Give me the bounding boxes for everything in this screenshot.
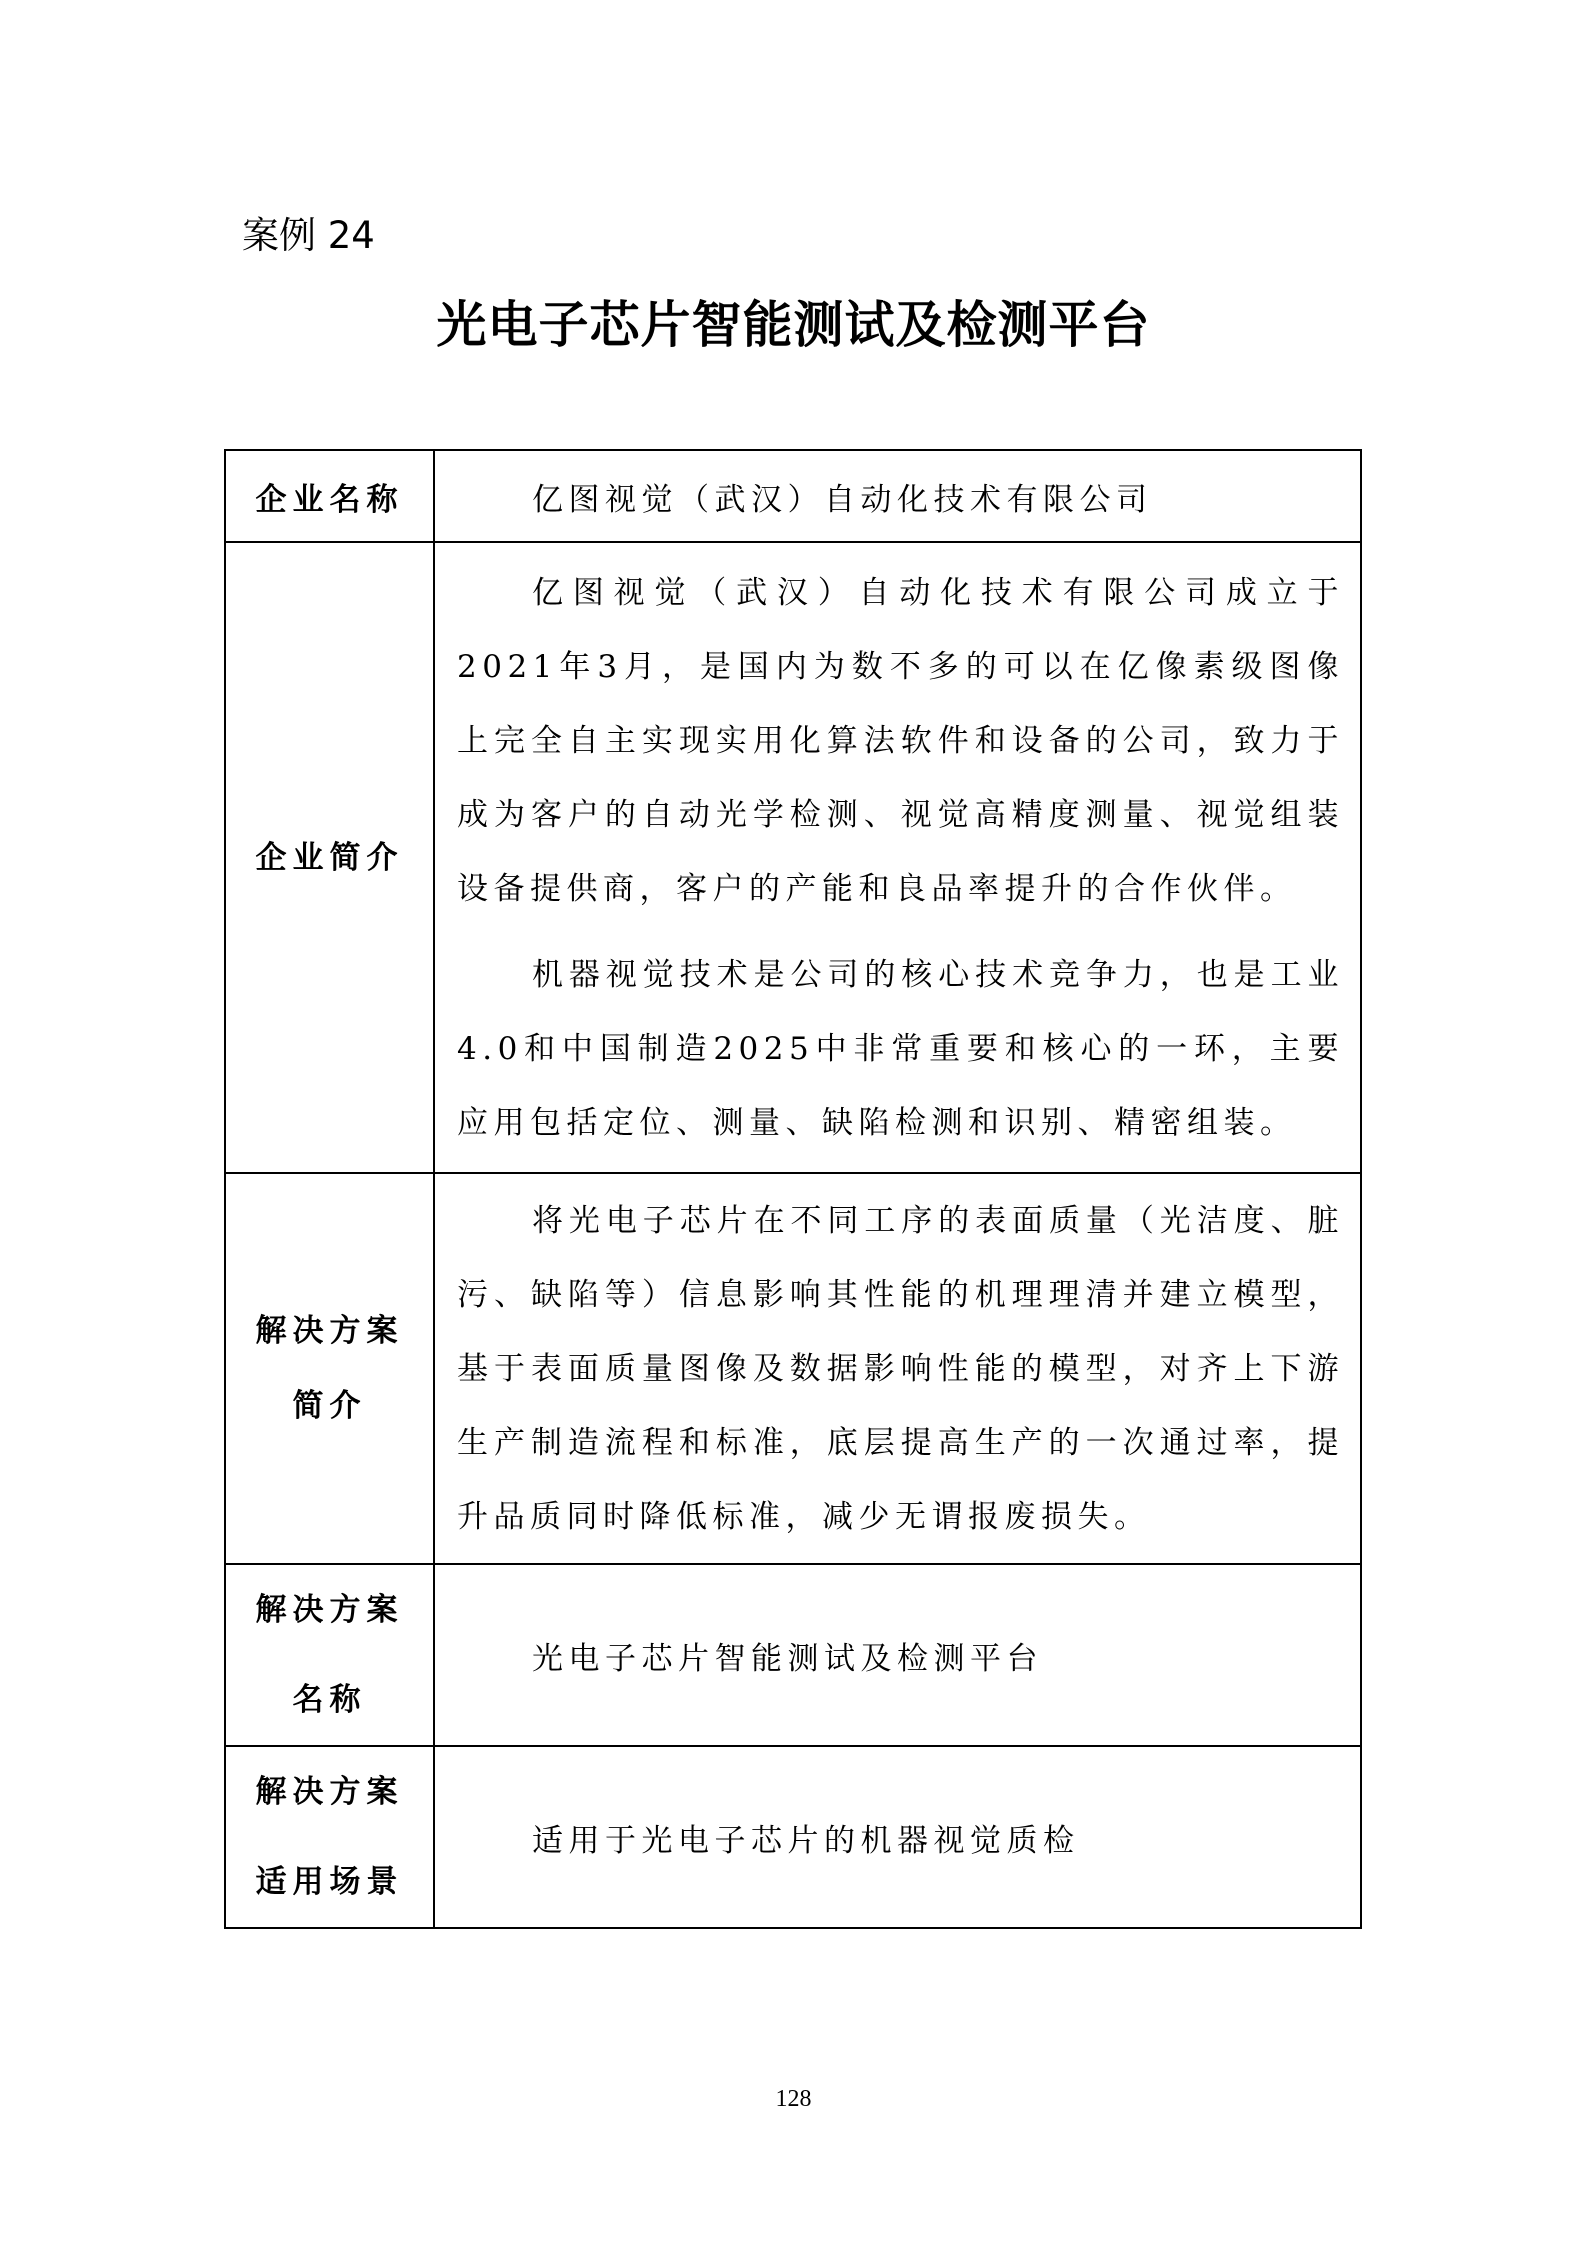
company-intro-paragraph: 机器视觉技术是公司的核心技术竞争力，也是工业4.0和中国制造2025中非常重要和… — [457, 938, 1344, 1160]
row-label: 解决方案 — [226, 1565, 433, 1655]
table-row-solution-intro: 解决方案 简介 将光电子芯片在不同工序的表面质量（光洁度、脏污、缺陷等）信息影响… — [225, 1173, 1361, 1564]
solution-name-value: 光电子芯片智能测试及检测平台 — [457, 1633, 1344, 1678]
row-label-cell: 解决方案 名称 — [225, 1564, 434, 1746]
row-value-cell: 亿图视觉（武汉）自动化技术有限公司成立于2021年3月，是国内为数不多的可以在亿… — [434, 542, 1361, 1173]
row-label-cell: 解决方案 适用场景 — [225, 1746, 434, 1928]
page-number: 128 — [0, 2084, 1587, 2114]
row-label-cell: 企业简介 — [225, 542, 434, 1173]
row-label: 名称 — [226, 1655, 433, 1745]
row-label-cell: 解决方案 简介 — [225, 1173, 434, 1564]
row-value-cell: 将光电子芯片在不同工序的表面质量（光洁度、脏污、缺陷等）信息影响其性能的机理理清… — [434, 1173, 1361, 1564]
case-number-label: 案例 24 — [242, 208, 375, 264]
company-name-value: 亿图视觉（武汉）自动化技术有限公司 — [457, 474, 1344, 519]
row-label: 适用场景 — [226, 1837, 433, 1927]
row-label: 解决方案 — [226, 1294, 433, 1369]
row-value-cell: 适用于光电子芯片的机器视觉质检 — [434, 1746, 1361, 1928]
table-row-solution-name: 解决方案 名称 光电子芯片智能测试及检测平台 — [225, 1564, 1361, 1746]
table-row-company-intro: 企业简介 亿图视觉（武汉）自动化技术有限公司成立于2021年3月，是国内为数不多… — [225, 542, 1361, 1173]
case-info-table: 企业名称 亿图视觉（武汉）自动化技术有限公司 企业简介 亿图视觉（武汉）自动化技… — [224, 449, 1362, 1929]
page-title: 光电子芯片智能测试及检测平台 — [0, 292, 1587, 358]
row-label: 企业简介 — [226, 821, 433, 895]
row-label: 企业名称 — [226, 474, 433, 519]
table-row-solution-scenario: 解决方案 适用场景 适用于光电子芯片的机器视觉质检 — [225, 1746, 1361, 1928]
company-intro-paragraph: 亿图视觉（武汉）自动化技术有限公司成立于2021年3月，是国内为数不多的可以在亿… — [457, 556, 1344, 926]
row-value-cell: 亿图视觉（武汉）自动化技术有限公司 — [434, 450, 1361, 542]
solution-intro-paragraph: 将光电子芯片在不同工序的表面质量（光洁度、脏污、缺陷等）信息影响其性能的机理理清… — [457, 1184, 1344, 1554]
row-label: 简介 — [226, 1369, 433, 1444]
solution-scenario-value: 适用于光电子芯片的机器视觉质检 — [457, 1815, 1344, 1860]
table-row-company-name: 企业名称 亿图视觉（武汉）自动化技术有限公司 — [225, 450, 1361, 542]
row-label: 解决方案 — [226, 1747, 433, 1837]
row-value-cell: 光电子芯片智能测试及检测平台 — [434, 1564, 1361, 1746]
row-label-cell: 企业名称 — [225, 450, 434, 542]
